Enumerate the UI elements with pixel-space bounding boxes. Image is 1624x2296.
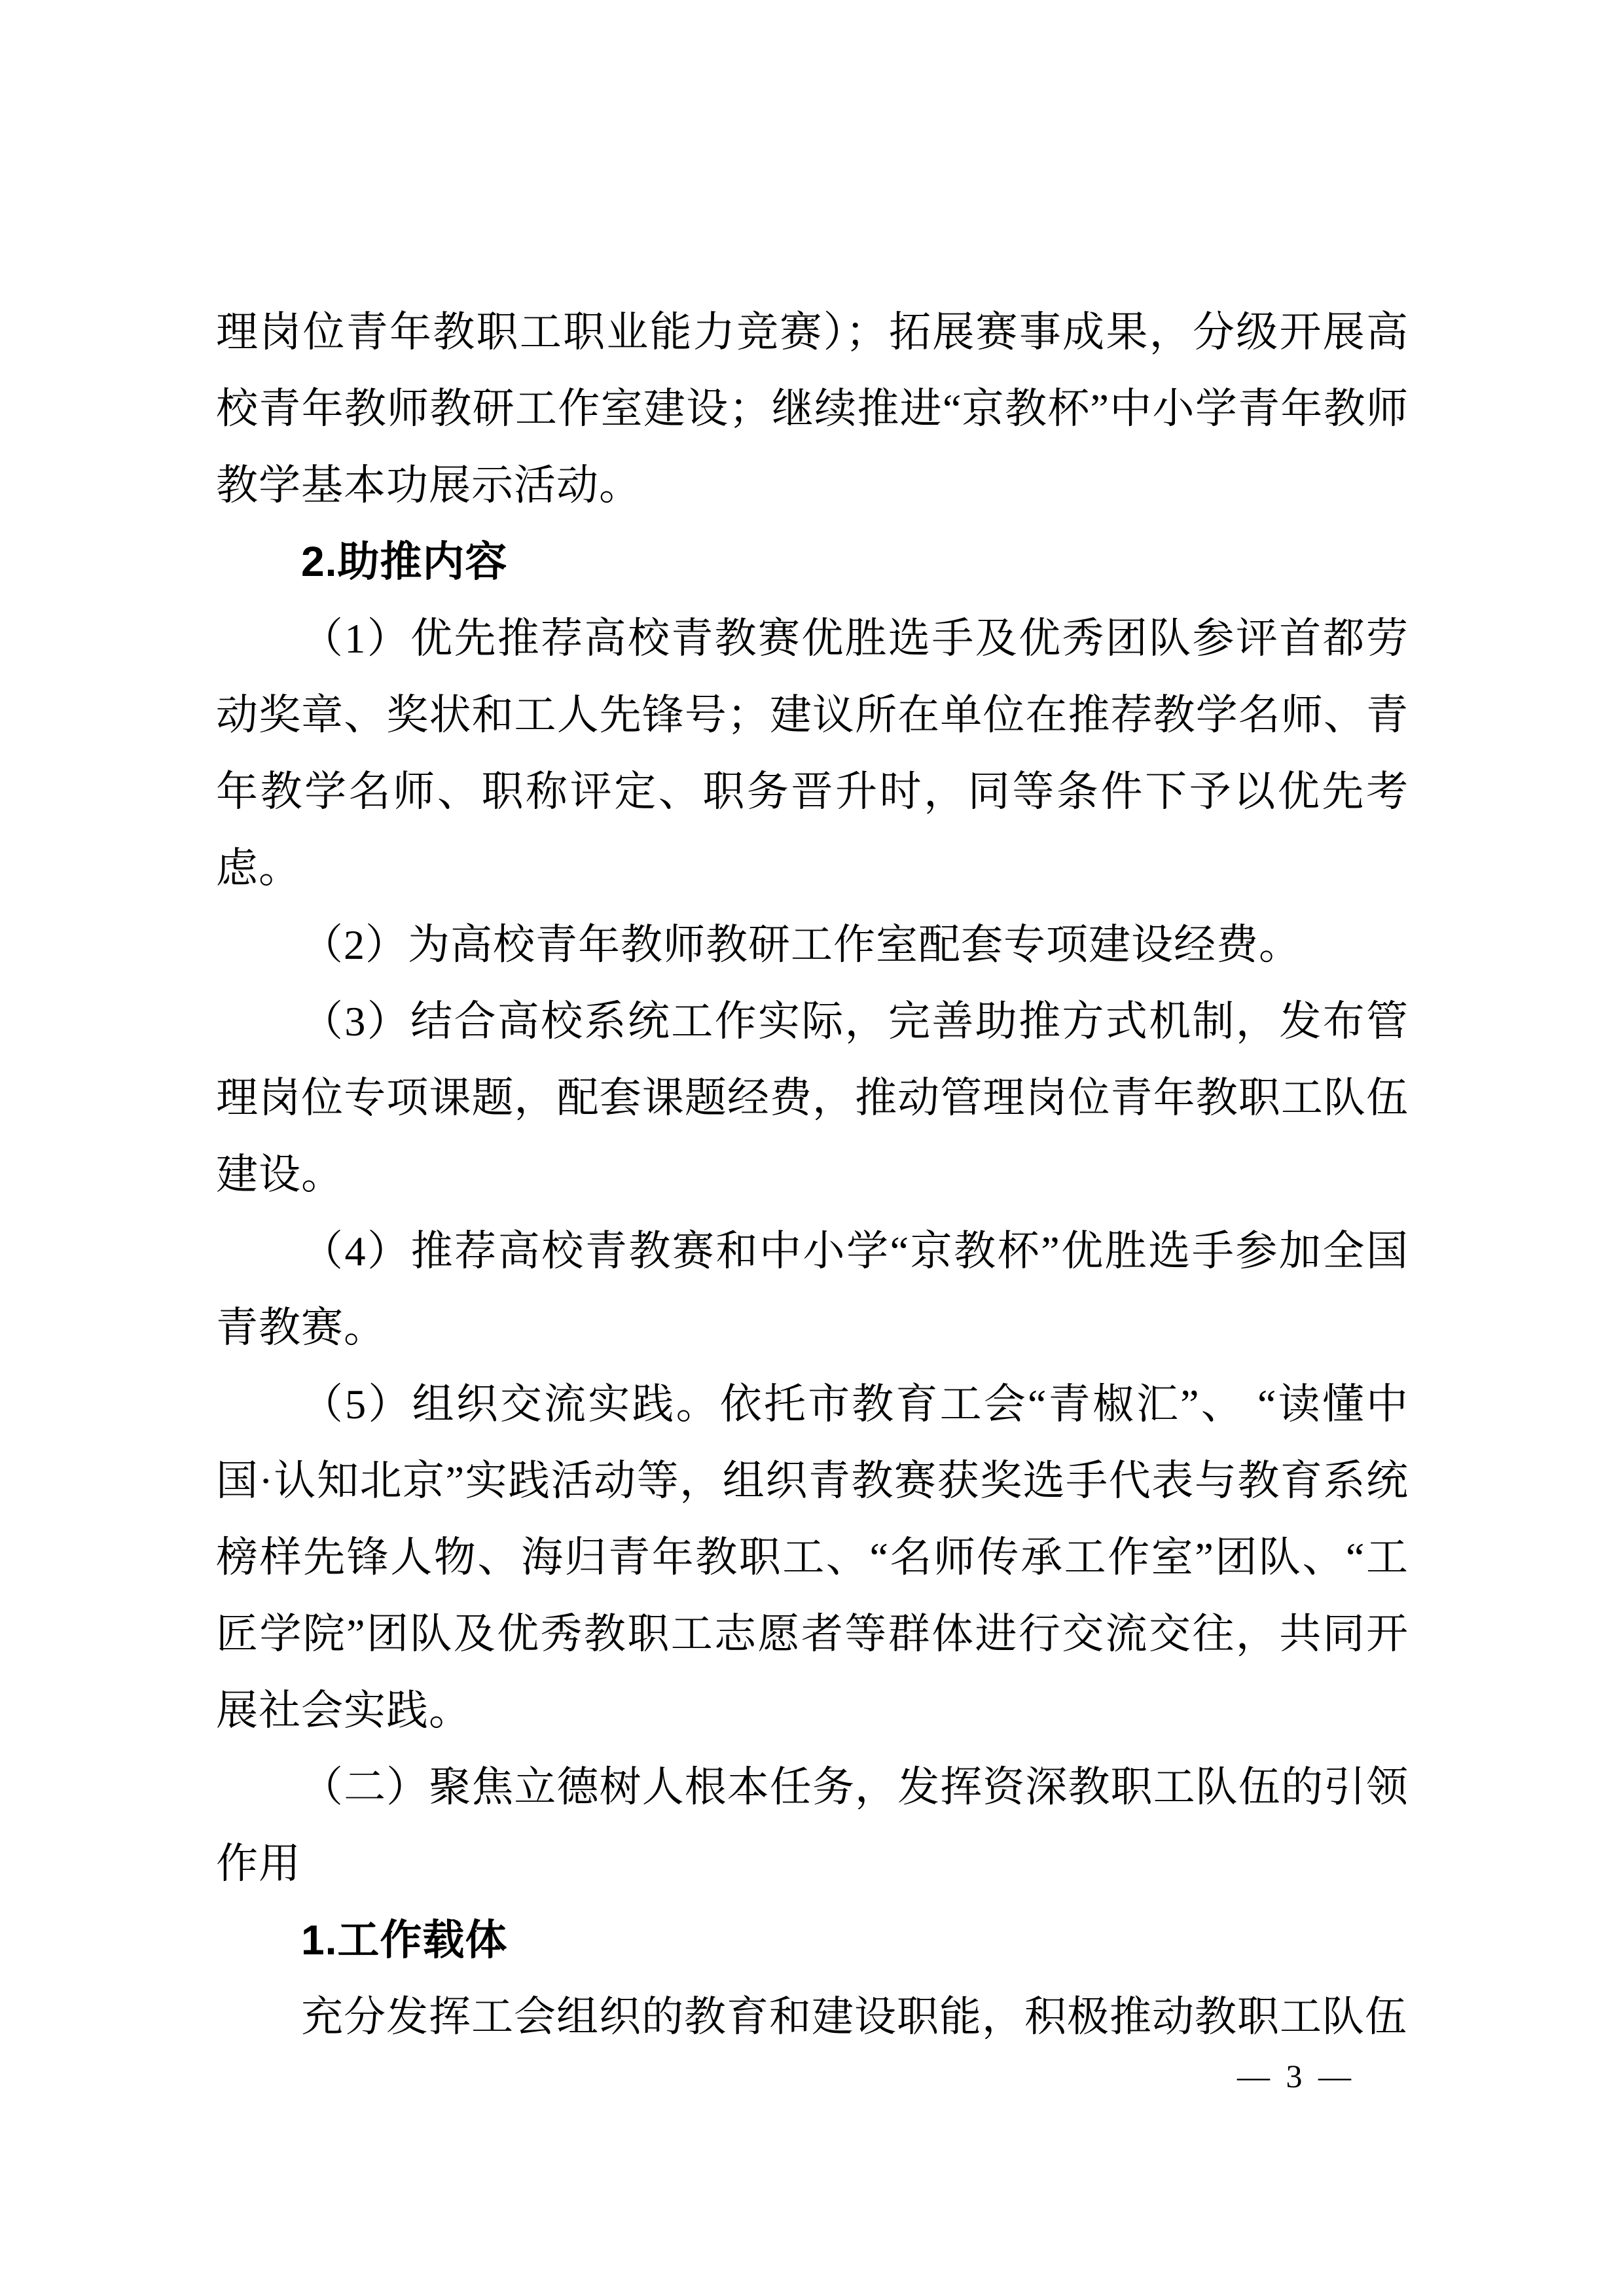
document-page: 理岗位青年教职工职业能力竞赛）；拓展赛事成果，分级开展高校青年教师教研工作室建设… xyxy=(0,0,1624,2296)
heading-1-work-carrier: 1.工作载体 xyxy=(216,1902,1409,1979)
paragraph-item-1: （1）优先推荐高校青教赛优胜选手及优秀团队参评首都劳动奖章、奖状和工人先锋号；建… xyxy=(216,600,1409,906)
paragraph-continuation: 理岗位青年教职工职业能力竞赛）；拓展赛事成果，分级开展高校青年教师教研工作室建设… xyxy=(216,294,1409,524)
document-body: 理岗位青年教职工职业能力竞赛）；拓展赛事成果，分级开展高校青年教师教研工作室建设… xyxy=(216,294,1409,2055)
paragraph-closing: 充分发挥工会组织的教育和建设职能，积极推动教职工队伍 xyxy=(216,1979,1409,2055)
paragraph-item-5: （5）组织交流实践。依托市教育工会“青椒汇”、 “读懂中国·认知北京”实践活动等… xyxy=(216,1366,1409,1749)
heading-2-boost-content: 2.助推内容 xyxy=(216,524,1409,600)
heading-section-two: （二）聚焦立德树人根本任务，发挥资深教职工队伍的引领作用 xyxy=(216,1749,1409,1902)
paragraph-item-2: （2）为高校青年教师教研工作室配套专项建设经费。 xyxy=(216,906,1409,983)
paragraph-item-4: （4）推荐高校青教赛和中小学“京教杯”优胜选手参加全国青教赛。 xyxy=(216,1213,1409,1366)
paragraph-item-3: （3）结合高校系统工作实际，完善助推方式机制，发布管理岗位专项课题，配套课题经费… xyxy=(216,983,1409,1213)
page-number: — 3 — xyxy=(1237,2056,1407,2096)
